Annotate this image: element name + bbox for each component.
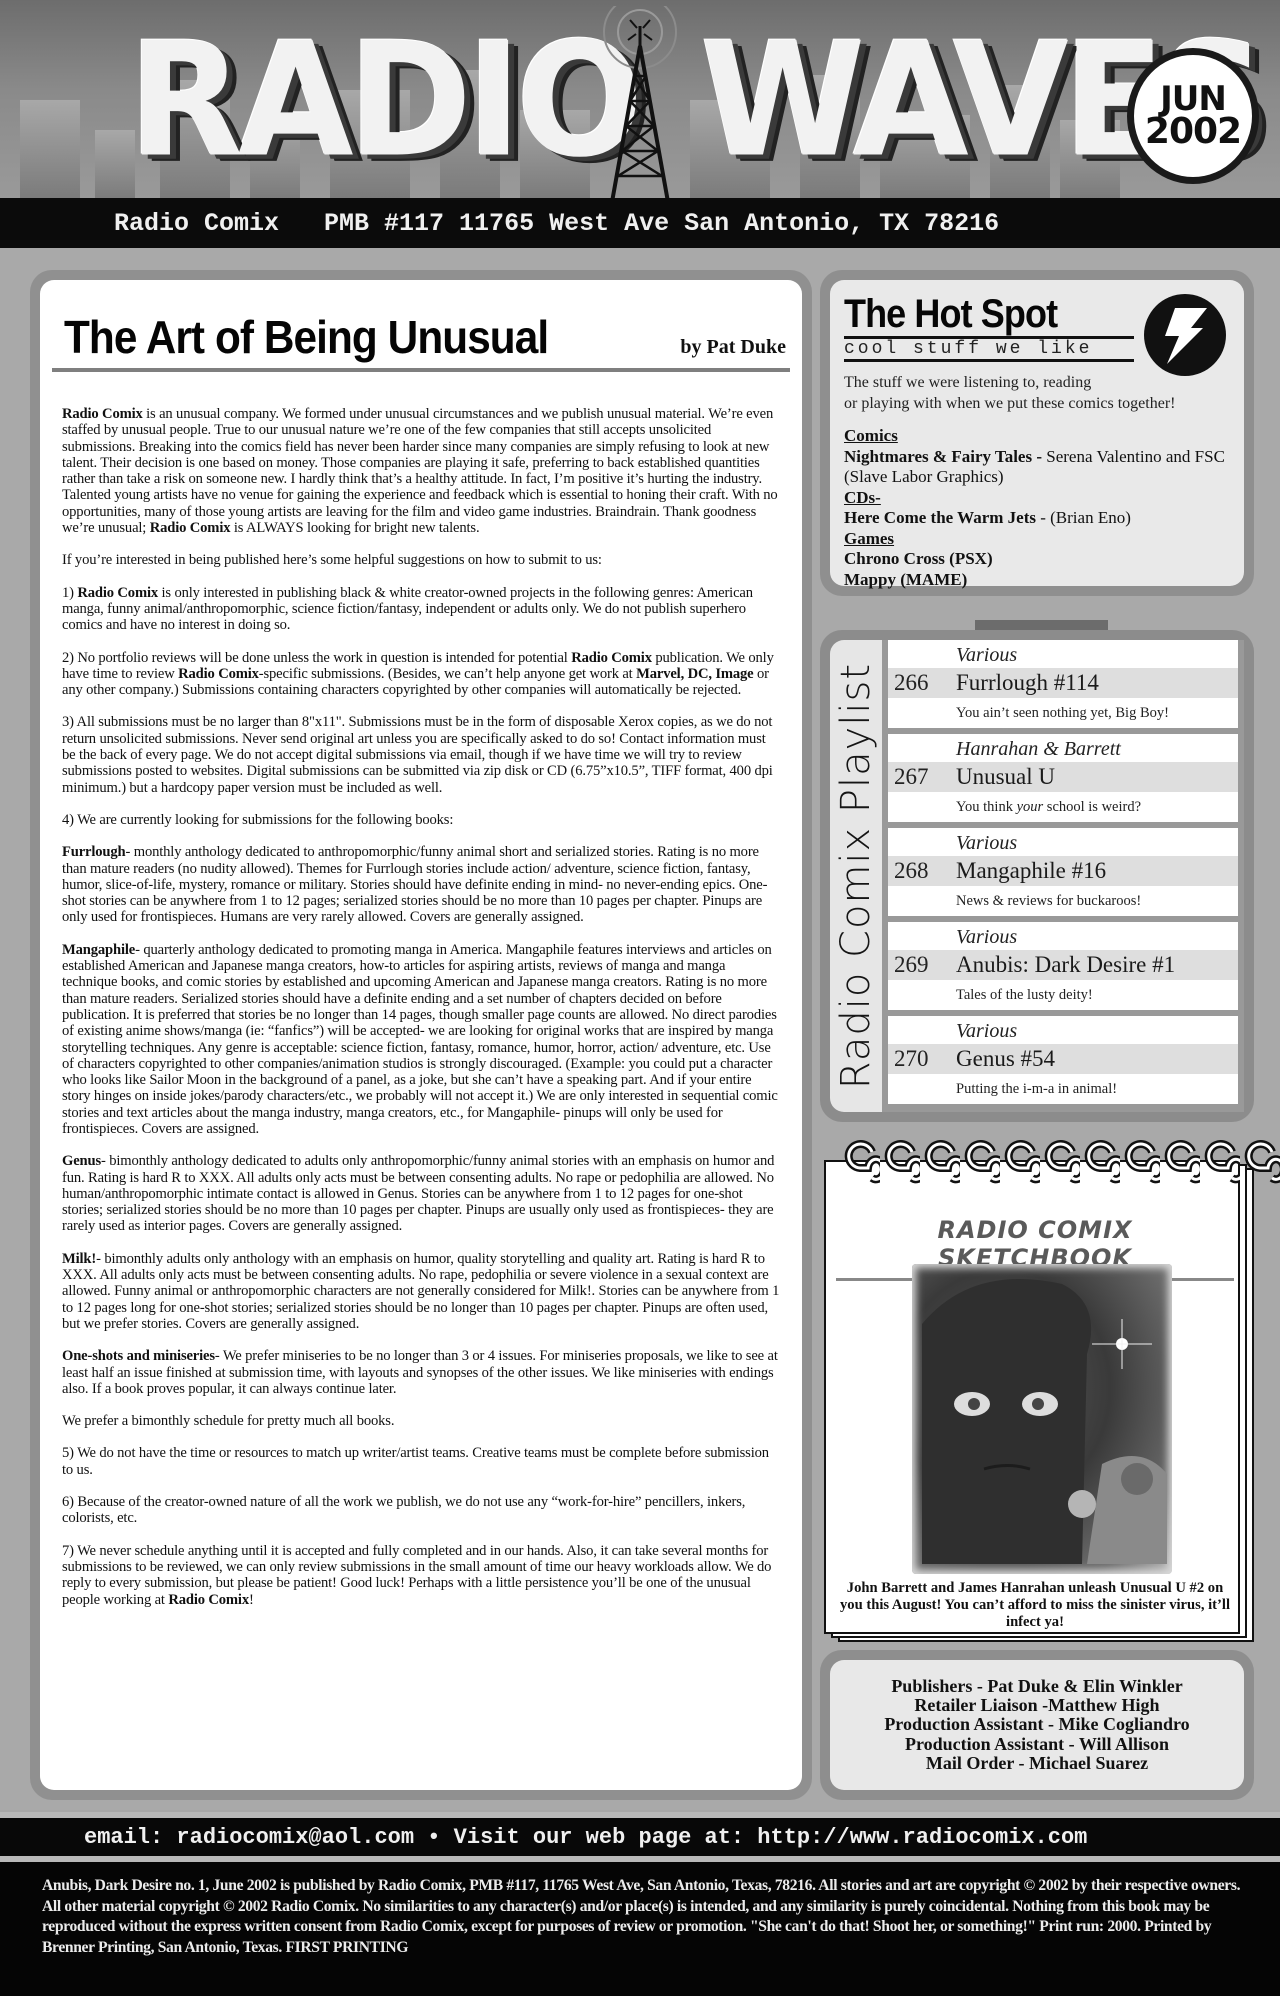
article-paragraph: Milk!- bimonthly adults only anthology w…	[62, 1251, 780, 1332]
legal-notice: Anubis, Dark Desire no. 1, June 2002 is …	[0, 1862, 1280, 1996]
article-paragraph: 6) Because of the creator-owned nature o…	[62, 1494, 780, 1527]
sketchbook-panel: RADIO COMIX SKETCHBOOK John Barrett and …	[824, 1138, 1254, 1558]
hot-spot-item-title: Nightmares & Fairy Tales -	[844, 447, 1042, 466]
hot-spot-title: The Hot Spot	[844, 294, 1193, 334]
contact-bar: email: radiocomix@aol.com • Visit our we…	[0, 1812, 1280, 1862]
tagline-part: your	[1017, 799, 1044, 815]
playlist-number: 268	[888, 858, 956, 884]
article-paragraph: We prefer a bimonthly schedule for prett…	[62, 1413, 780, 1429]
hot-spot-subtitle: cool stuff we like	[844, 336, 1134, 362]
article-paragraph: 5) We do not have the time or resources …	[62, 1445, 780, 1478]
emphasized-text: Mangaphile	[62, 942, 135, 958]
playlist-tagline: Putting the i-m-a in animal!	[888, 1074, 1238, 1104]
paragraph-text: 1)	[62, 585, 77, 601]
paragraph-text: is ALWAYS looking for bright new talents…	[230, 520, 479, 536]
article-paragraph: Furrlough- monthly anthology dedicated t…	[62, 844, 780, 925]
playlist-title: Anubis: Dark Desire #1	[956, 952, 1175, 978]
article-paragraph: 3) All submissions must be no larger tha…	[62, 714, 780, 795]
paragraph-text: If you’re interested in being published …	[62, 552, 602, 568]
issue-date-badge: JUN 2002	[1127, 48, 1259, 184]
paragraph-text: - bimonthly anthology dedicated to adult…	[62, 1153, 774, 1234]
playlist-number: 267	[888, 764, 956, 790]
hot-spot-item: Mappy (MAME)	[844, 570, 1232, 591]
hot-spot-item: Here Come the Warm Jets - (Brian Eno)	[844, 508, 1232, 529]
spiral-ring-icon	[1202, 1138, 1240, 1182]
playlist-creators: Various	[888, 828, 1238, 856]
hot-spot-category: Comics	[844, 426, 1232, 447]
article-panel: The Art of Being Unusual by Pat Duke Rad…	[30, 270, 812, 1800]
article-header: The Art of Being Unusual by Pat Duke	[52, 280, 790, 372]
address-bar: Radio Comix PMB #117 11765 West Ave San …	[0, 198, 1280, 248]
hot-spot-item-title: Chrono Cross (PSX)	[844, 549, 993, 568]
playlist-title-row: 270Genus #54	[888, 1044, 1238, 1074]
playlist-number: 270	[888, 1046, 956, 1072]
tagline-part: You think	[956, 799, 1017, 815]
emphasized-text: Radio Comix	[178, 666, 259, 682]
emphasized-text: Furrlough	[62, 844, 126, 860]
lightning-bolt-icon	[1144, 294, 1226, 376]
spiral-ring-icon	[1082, 1138, 1120, 1182]
article-title: The Art of Being Unusual	[64, 314, 548, 360]
playlist-tagline: You think your school is weird?	[888, 792, 1238, 822]
playlist-title-row: 269Anubis: Dark Desire #1	[888, 950, 1238, 980]
spiral-ring-icon	[922, 1138, 960, 1182]
hot-spot-panel: The Hot Spot cool stuff we like The stuf…	[820, 270, 1254, 596]
credit-line: Retailer Liaison -Matthew High	[914, 1696, 1159, 1715]
playlist-title-row: 268Mangaphile #16	[888, 856, 1238, 886]
emphasized-text: Marvel, DC, Image	[636, 666, 753, 682]
emphasized-text: Radio Comix	[571, 650, 652, 666]
article-paragraph: If you’re interested in being published …	[62, 552, 780, 568]
spiral-ring-icon	[1042, 1138, 1080, 1182]
sketchbook-caption: John Barrett and James Hanrahan unleash …	[836, 1580, 1234, 1631]
spiral-ring-icon	[1242, 1138, 1280, 1182]
paragraph-text: 5) We do not have the time or resources …	[62, 1445, 769, 1477]
credit-line: Production Assistant - Mike Cogliandro	[884, 1715, 1189, 1734]
spiral-ring-icon	[882, 1138, 920, 1182]
sketchbook-page-front: RADIO COMIX SKETCHBOOK John Barrett and …	[824, 1160, 1240, 1634]
article-paragraph: 7) We never schedule anything until it i…	[62, 1543, 780, 1608]
article-byline: by Pat Duke	[680, 336, 786, 359]
playlist-creators: Various	[888, 640, 1238, 668]
spiral-ring-icon	[842, 1138, 880, 1182]
playlist-tagline: You ain’t seen nothing yet, Big Boy!	[888, 698, 1238, 728]
credit-line: Production Assistant - Will Allison	[905, 1735, 1169, 1754]
playlist-title: Mangaphile #16	[956, 858, 1106, 884]
paragraph-text: -specific submissions. (Besides, we can’…	[259, 666, 636, 682]
hot-spot-item-title: Here Come the Warm Jets	[844, 508, 1036, 527]
emphasized-text: Radio Comix	[62, 406, 143, 422]
playlist-panel: Radio Comix Playlist Various266Furrlough…	[820, 630, 1254, 1122]
playlist-side-label: Radio Comix Playlist	[830, 640, 882, 1112]
hot-spot-item-title: Mappy (MAME)	[844, 570, 967, 589]
emphasized-text: Radio Comix	[77, 585, 158, 601]
playlist-title: Unusual U	[956, 764, 1055, 790]
paragraph-text: - bimonthly adults only anthology with a…	[62, 1251, 779, 1332]
emphasized-text: Milk!	[62, 1251, 96, 1267]
paragraph-text: 6) Because of the creator-owned nature o…	[62, 1494, 745, 1526]
playlist-creators: Various	[888, 1016, 1238, 1044]
credit-line: Publishers - Pat Duke & Elin Winkler	[891, 1677, 1182, 1696]
playlist-title-row: 266Furrlough #114	[888, 668, 1238, 698]
hot-spot-category: Games	[844, 529, 1232, 550]
article-paragraph: 4) We are currently looking for submissi…	[62, 812, 780, 828]
playlist-tagline: Tales of the lusty deity!	[888, 980, 1238, 1010]
spiral-binding	[842, 1138, 1232, 1194]
playlist-entry: Various266Furrlough #114You ain’t seen n…	[888, 640, 1238, 728]
issue-year: 2002	[1145, 115, 1241, 149]
hot-spot-list: ComicsNightmares & Fairy Tales - Serena …	[844, 426, 1232, 590]
playlist-creators: Hanrahan & Barrett	[888, 734, 1238, 762]
staff-credits-panel: Publishers - Pat Duke & Elin WinklerReta…	[820, 1650, 1254, 1800]
tagline-part: school is weird?	[1043, 799, 1141, 815]
article-paragraph: One-shots and miniseries- We prefer mini…	[62, 1348, 780, 1397]
emphasized-text: Radio Comix	[168, 1592, 249, 1608]
article-paragraph: Radio Comix is an unusual company. We fo…	[62, 406, 780, 536]
article-paragraph: 1) Radio Comix is only interested in pub…	[62, 585, 780, 634]
playlist-entries: Various266Furrlough #114You ain’t seen n…	[882, 640, 1244, 1112]
playlist-entry: Various268Mangaphile #16News & reviews f…	[888, 828, 1238, 916]
hot-spot-intro: The stuff we were listening to, reading …	[844, 372, 1232, 414]
article-paragraph: Genus- bimonthly anthology dedicated to …	[62, 1153, 780, 1234]
playlist-creators: Various	[888, 922, 1238, 950]
spiral-ring-icon	[1162, 1138, 1200, 1182]
playlist-entry: Various269Anubis: Dark Desire #1Tales of…	[888, 922, 1238, 1010]
emphasized-text: Genus	[62, 1153, 101, 1169]
article-body: Radio Comix is an unusual company. We fo…	[60, 372, 782, 1608]
paragraph-text: 2) No portfolio reviews will be done unl…	[62, 650, 571, 666]
hot-spot-item: Nightmares & Fairy Tales - Serena Valent…	[844, 447, 1232, 488]
playlist-number: 269	[888, 952, 956, 978]
paragraph-text: - monthly anthology dedicated to anthrop…	[62, 844, 767, 925]
spiral-ring-icon	[1002, 1138, 1040, 1182]
hot-spot-item: Chrono Cross (PSX)	[844, 549, 1232, 570]
spiral-ring-icon	[1122, 1138, 1160, 1182]
masthead: RADIO WAVES JUN 2002	[0, 0, 1280, 200]
playlist-number: 266	[888, 670, 956, 696]
article-paragraph: 2) No portfolio reviews will be done unl…	[62, 650, 780, 699]
credit-line: Mail Order - Michael Suarez	[926, 1754, 1148, 1773]
hot-spot-category: CDs-	[844, 488, 1232, 509]
playlist-entry: Hanrahan & Barrett267Unusual UYou think …	[888, 734, 1238, 822]
logo-radio: RADIO	[128, 22, 637, 180]
paragraph-text: 4) We are currently looking for submissi…	[62, 812, 453, 828]
emphasized-text: One-shots and miniseries	[62, 1348, 215, 1364]
playlist-title: Furrlough #114	[956, 670, 1099, 696]
paragraph-text: is only interested in publishing black &…	[62, 585, 753, 634]
playlist-title-row: 267Unusual U	[888, 762, 1238, 792]
paragraph-text: !	[249, 1592, 254, 1608]
playlist-entry: Various270Genus #54Putting the i-m-a in …	[888, 1016, 1238, 1104]
spiral-ring-icon	[962, 1138, 1000, 1182]
playlist-title: Genus #54	[956, 1046, 1055, 1072]
sketchbook-illustration	[912, 1264, 1172, 1574]
paragraph-text: is an unusual company. We formed under u…	[62, 406, 778, 536]
paragraph-text: - quarterly anthology dedicated to promo…	[62, 942, 778, 1137]
article-paragraph: Mangaphile- quarterly anthology dedicate…	[62, 942, 780, 1138]
paragraph-text: We prefer a bimonthly schedule for prett…	[62, 1413, 394, 1429]
hot-spot-item-detail: - (Brian Eno)	[1036, 508, 1131, 527]
emphasized-text: Radio Comix	[150, 520, 231, 536]
radio-tower-icon	[600, 6, 680, 200]
playlist-tagline: News & reviews for buckaroos!	[888, 886, 1238, 916]
paragraph-text: 3) All submissions must be no larger tha…	[62, 714, 773, 795]
